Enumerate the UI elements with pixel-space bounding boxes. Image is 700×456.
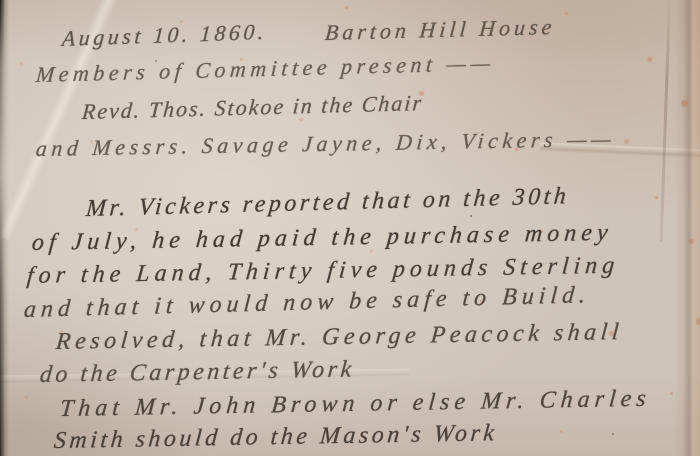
handwritten-line: Mr. Vickers reported that on the 30th	[85, 183, 570, 223]
handwritten-line: of July, he had paid the purchase money	[31, 220, 614, 257]
book-binding-edge	[0, 0, 9, 456]
handwritten-line: Smith should do the Mason's Work	[53, 420, 499, 455]
handwritten-line: That Mr. John Brown or else Mr. Charles	[59, 386, 652, 423]
handwritten-line: do the Carpenter's Work	[39, 356, 356, 389]
handwritten-line-members: Members of Committee present ——	[35, 50, 496, 88]
handwritten-line-chairman: Revd. Thos. Stokoe in the Chair	[81, 90, 424, 125]
handwritten-line-attendees: and Messrs. Savage Jayne, Dix, Vickers —…	[35, 126, 617, 162]
page-right-edge	[674, 0, 700, 456]
manuscript-page: August 10. 1860. Barton Hill House Membe…	[0, 0, 700, 456]
ink-specks	[0, 0, 2, 2]
paper-edge-seam	[660, 0, 672, 242]
handwritten-line-location: Barton Hill House	[324, 14, 557, 46]
handwritten-line-resolution: Resolved, that Mr. George Peacock shall	[55, 319, 624, 356]
